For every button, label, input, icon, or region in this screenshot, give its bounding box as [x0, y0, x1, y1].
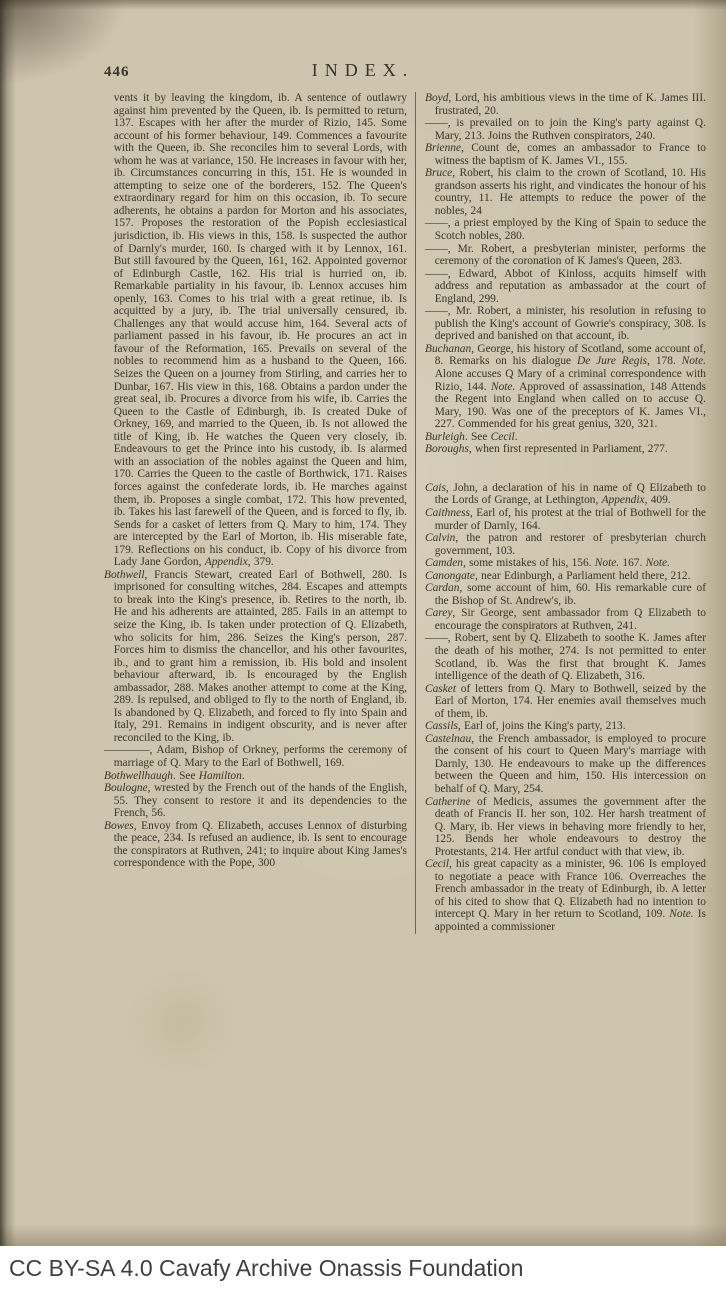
index-entry-headword: Brienne: [425, 142, 461, 154]
index-entry: Buchanan, George, his history of Scotlan…: [425, 343, 706, 431]
index-entry: Cais, John, a declaration of his in name…: [425, 482, 706, 507]
index-entry-headword: Boroughs: [425, 443, 469, 455]
index-entry: Calvin, the patron and restorer of presb…: [425, 532, 706, 557]
index-entry: ——, is prevailed on to join the King's p…: [425, 117, 706, 142]
index-entry: ——, Robert, sent by Q. Elizabeth to soot…: [425, 632, 706, 682]
index-entry-headword: Cais: [425, 482, 446, 494]
index-entry-headword: Boyd: [425, 92, 448, 104]
index-entry: Bothwell, Francis Stewart, created Earl …: [104, 569, 407, 745]
index-column-left: vents it by leaving the kingdom, ib. A s…: [104, 92, 407, 934]
index-column-right: Boyd, Lord, his ambitious views in the t…: [415, 92, 706, 934]
index-entry: ——, a priest employed by the King of Spa…: [425, 217, 706, 242]
index-entry: ————, Adam, Bishop of Orkney, performs t…: [104, 744, 407, 769]
index-entry-headword: Caithness: [425, 507, 470, 519]
index-entry: ——, Edward, Abbot of Kinloss, acquits hi…: [425, 268, 706, 306]
index-entry-headword: Bowes: [104, 820, 134, 832]
index-entry-headword: Casket: [425, 683, 456, 695]
page-header: 446 INDEX.: [0, 60, 726, 90]
index-entry: Casket of letters from Q. Mary to Bothwe…: [425, 683, 706, 721]
index-entry-headword: Cassils: [425, 720, 458, 732]
index-columns: vents it by leaving the kingdom, ib. A s…: [104, 92, 706, 934]
scanned-book-page: 446 INDEX. vents it by leaving the kingd…: [0, 0, 726, 1246]
index-entry: Carey, Sir George, sent ambassador from …: [425, 607, 706, 632]
index-entry: Caithness, Earl of, his protest at the t…: [425, 507, 706, 532]
index-entry-headword: Boulogne: [104, 782, 148, 794]
index-entry-headword: Calvin: [425, 532, 455, 544]
index-entry-headword: Buchanan: [425, 343, 471, 355]
index-entry: Bowes, Envoy from Q. Elizabeth, accuses …: [104, 820, 407, 870]
license-caption: CC BY-SA 4.0 Cavafy Archive Onassis Foun…: [0, 1246, 726, 1290]
index-entry: Bothwellhaugh. See Hamilton.: [104, 770, 407, 783]
index-entry: Cecil, his great capacity as a minister,…: [425, 858, 706, 933]
index-entry: ——, Mr. Robert, a minister, his resoluti…: [425, 305, 706, 343]
index-entry-headword: Burleigh: [425, 431, 465, 443]
index-entry: Boroughs, when first represented in Parl…: [425, 443, 706, 456]
index-entry-headword: Bothwell: [104, 569, 145, 581]
index-entry-headword: Bruce: [425, 167, 452, 179]
index-entry: Catherine of Medicis, assumes the govern…: [425, 796, 706, 859]
index-entry: Brienne, Count de, comes an ambassador t…: [425, 142, 706, 167]
index-entry: Boulogne, wrested by the French out of t…: [104, 782, 407, 820]
index-entry-headword: Bothwellhaugh: [104, 770, 173, 782]
index-entry: Cardan, some account of him, 60. His rem…: [425, 582, 706, 607]
index-entry: Boyd, Lord, his ambitious views in the t…: [425, 92, 706, 117]
index-entry: vents it by leaving the kingdom, ib. A s…: [104, 92, 407, 569]
index-entry-headword: Castelnau: [425, 733, 471, 745]
index-entry-headword: Cecil: [425, 858, 449, 870]
index-entry: Camden, some mistakes of his, 156. Note.…: [425, 557, 706, 570]
index-entry-headword: Camden: [425, 557, 463, 569]
index-entry: Burleigh. See Cecil.: [425, 431, 706, 444]
index-entry: Castelnau, the French ambassador, is emp…: [425, 733, 706, 796]
index-entry-headword: Cardan: [425, 582, 459, 594]
index-entry-headword: Carey: [425, 607, 452, 619]
page-title: INDEX.: [0, 60, 726, 81]
index-entry: Cassils, Earl of, joins the King's party…: [425, 720, 706, 733]
index-entry: Canongate, near Edinburgh, a Parliament …: [425, 570, 706, 583]
index-entry: Bruce, Robert, his claim to the crown of…: [425, 167, 706, 217]
index-entry-headword: Catherine: [425, 796, 471, 808]
index-entry-headword: Canongate: [425, 570, 475, 582]
index-entry: ——, Mr. Robert, a presbyterian minister,…: [425, 243, 706, 268]
